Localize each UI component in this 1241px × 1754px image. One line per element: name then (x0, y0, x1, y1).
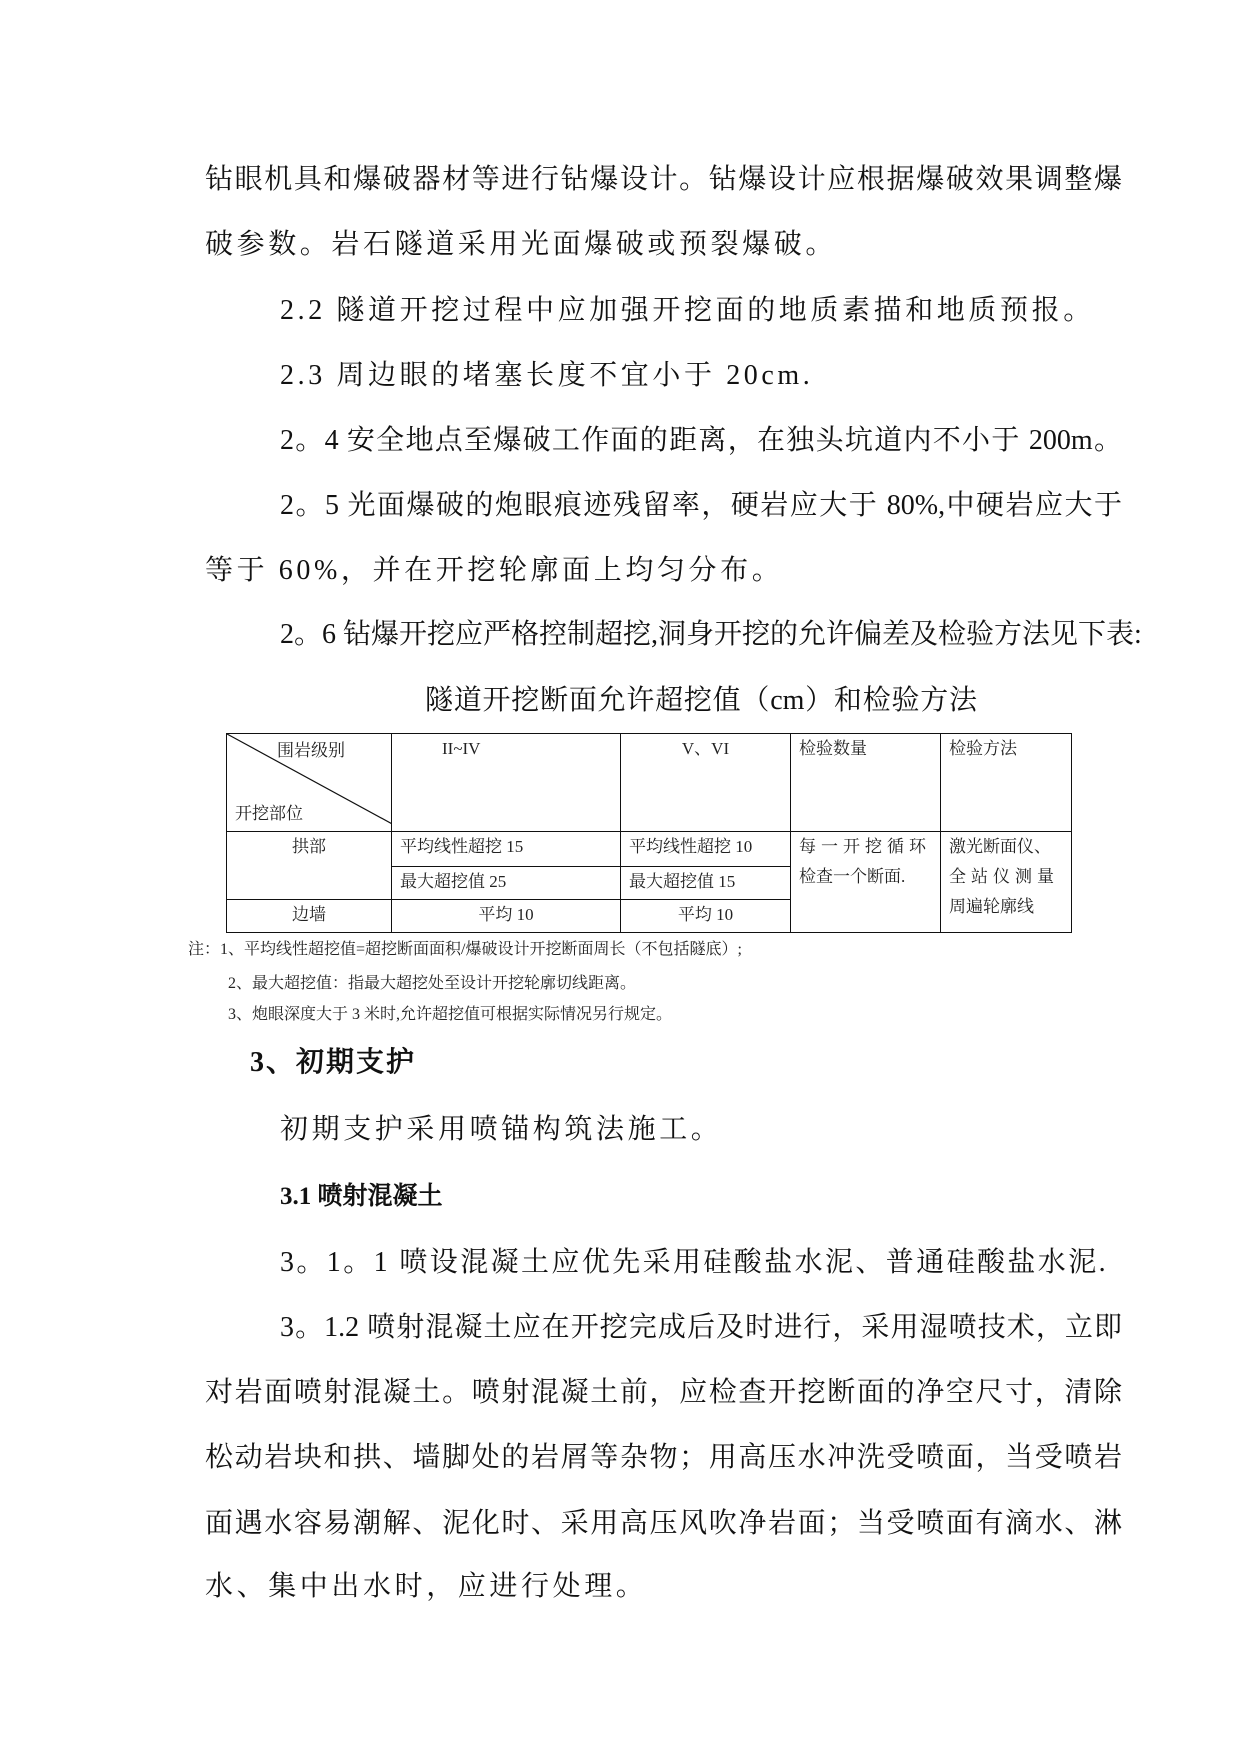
paragraph-line: 对岩面喷射混凝土。喷射混凝土前，应检查开挖断面的净空尺寸，清除 (205, 1376, 1122, 1410)
header-cell: 检验数量 (791, 734, 941, 832)
method-line: 周遍轮廓线 (949, 892, 1063, 922)
method-line: 激光断面仪、 (949, 832, 1063, 862)
quantity-line: 每一开挖循环 (799, 832, 932, 862)
note-3: 3、炮眼深度大于 3 米时,允许超挖值可根据实际情况另行规定。 (228, 1004, 672, 1026)
paragraph-line: 松动岩块和拱、墙脚处的岩屑等杂物；用高压水冲洗受喷面，当受喷岩 (205, 1441, 1122, 1475)
paragraph-3-1-2: 3。1.2 喷射混凝土应在开挖完成后及时进行，采用湿喷技术，立即 (280, 1311, 1122, 1345)
quantity-line: 检查一个断面. (799, 862, 932, 892)
section-intro: 初期支护采用喷锚构筑法施工。 (280, 1113, 722, 1147)
table-row: 拱部 平均线性超挖 15 平均线性超挖 10 每一开挖循环 检查一个断面. 激光… (227, 832, 1072, 867)
paragraph-line: 破参数。岩石隧道采用光面爆破或预裂爆破。 (205, 228, 837, 262)
table-cell: 最大超挖值 25 (392, 867, 621, 900)
paragraph-3-1-1: 3。1。1 喷设混凝土应优先采用硅酸盐水泥、普通硅酸盐水泥. (280, 1246, 1108, 1280)
row-label-side-wall: 边墙 (227, 900, 392, 933)
inspection-quantity-cell: 每一开挖循环 检查一个断面. (791, 832, 941, 933)
table-cell: 平均 10 (621, 900, 791, 933)
header-cell: 检验方法 (941, 734, 1072, 832)
note-2: 2、最大超挖值：指最大超挖处至设计开挖轮廓切线距离。 (228, 973, 636, 995)
table-header-row: 围岩级别 开挖部位 II~IV V、VI 检验数量 检验方法 (227, 734, 1072, 832)
table-cell: 平均线性超挖 10 (621, 832, 791, 867)
paragraph-2-4: 2。4 安全地点至爆破工作面的距离，在独头坑道内不小于 200m。 (280, 424, 1122, 458)
table-cell: 平均 10 (392, 900, 621, 933)
overbreak-table: 围岩级别 开挖部位 II~IV V、VI 检验数量 检验方法 拱部 平均线性超挖… (226, 733, 1072, 933)
diagonal-header-cell: 围岩级别 开挖部位 (227, 734, 392, 832)
table-cell: 平均线性超挖 15 (392, 832, 621, 867)
note-1: 注：1、平均线性超挖值=超挖断面面积/爆破设计开挖断面周长（不包括隧底）; (188, 939, 742, 961)
paragraph-line: 等于 60%，并在开挖轮廓面上均匀分布。 (205, 554, 783, 588)
header-cell: V、VI (621, 734, 791, 832)
header-rock-grade: 围岩级别 (277, 736, 345, 766)
row-label-arch: 拱部 (227, 832, 392, 900)
subsection-heading: 3.1 喷射混凝土 (280, 1180, 443, 1214)
method-line: 全站仪测量 (949, 862, 1063, 892)
table-title: 隧道开挖断面允许超挖值（cm）和检验方法 (425, 684, 977, 718)
header-cell: II~IV (392, 734, 621, 832)
paragraph-line: 水、集中出水时，应进行处理。 (205, 1570, 647, 1604)
inspection-method-cell: 激光断面仪、 全站仪测量 周遍轮廓线 (941, 832, 1072, 933)
paragraph-line: 面遇水容易潮解、泥化时、采用高压风吹净岩面；当受喷面有滴水、淋 (205, 1507, 1122, 1541)
paragraph-2-5: 2。5 光面爆破的炮眼痕迹残留率，硬岩应大于 80%,中硬岩应大于 (280, 489, 1122, 523)
paragraph-2-3: 2.3 周边眼的堵塞长度不宜小于 20cm. (280, 359, 813, 393)
header-excavation-part: 开挖部位 (235, 799, 303, 829)
paragraph-2-2: 2.2 隧道开挖过程中应加强开挖面的地质素描和地质预报。 (280, 294, 1095, 328)
table-cell: 最大超挖值 15 (621, 867, 791, 900)
paragraph-2-6: 2。6 钻爆开挖应严格控制超挖,洞身开挖的允许偏差及检验方法见下表: (280, 618, 1122, 652)
paragraph-line: 钻眼机具和爆破器材等进行钻爆设计。钻爆设计应根据爆破效果调整爆 (205, 163, 1122, 197)
section-heading: 3、初期支护 (250, 1046, 416, 1080)
